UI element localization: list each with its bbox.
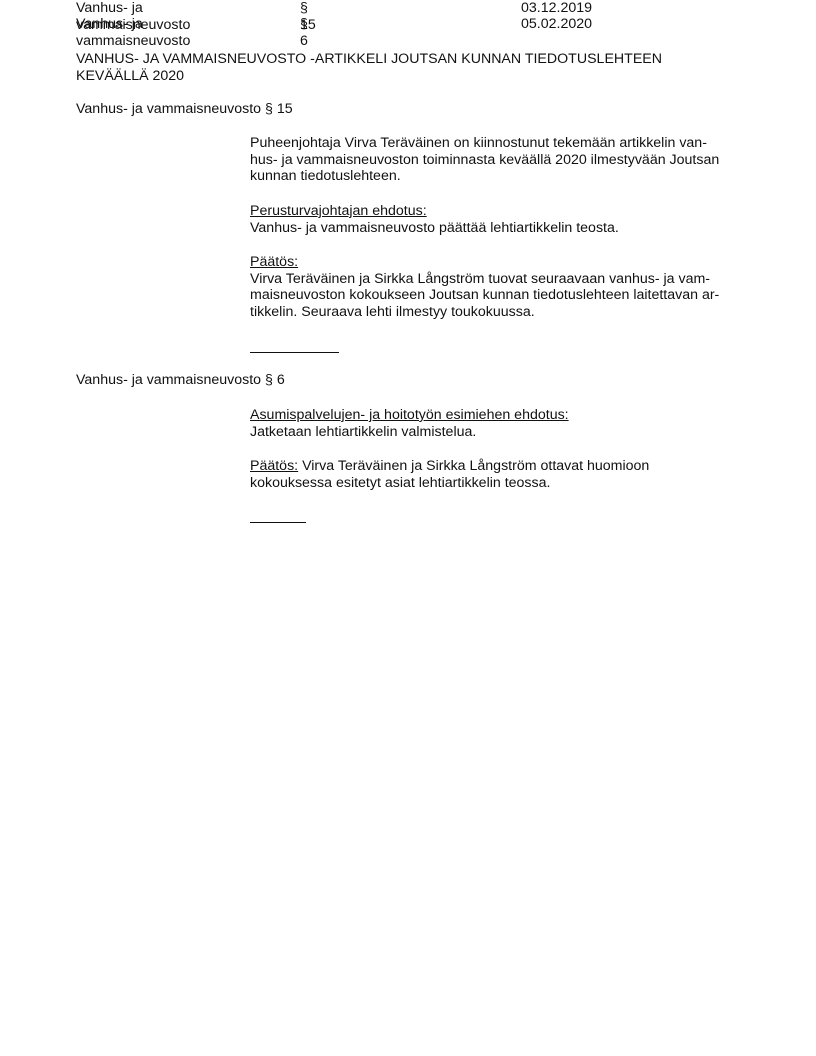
title-line-2: KEVÄÄLLÄ 2020 xyxy=(76,68,662,85)
decision-line: kokouksessa esitetyt asiat lehtiartikkel… xyxy=(250,475,750,492)
header-section-number: § 6 xyxy=(300,16,308,49)
intro-line: Puheenjohtaja Virva Teräväinen on kiinno… xyxy=(250,135,750,152)
section-15-intro: Puheenjohtaja Virva Teräväinen on kiinno… xyxy=(250,135,750,185)
decision-label: Päätös: xyxy=(250,458,298,474)
section-separator xyxy=(250,522,306,523)
section-6-decision: Päätös: Virva Teräväinen ja Sirkka Långs… xyxy=(250,458,750,491)
section-heading-6: Vanhus- ja vammaisneuvosto § 6 xyxy=(76,372,285,389)
decision-text: Virva Teräväinen ja Sirkka Långström ott… xyxy=(298,458,649,474)
decision-line: maisneuvoston kokoukseen Joutsan kunnan … xyxy=(250,287,750,304)
decision-label: Päätös: xyxy=(250,254,298,270)
section-heading-15: Vanhus- ja vammaisneuvosto § 15 xyxy=(76,101,293,118)
header-date: 03.12.2019 xyxy=(521,0,592,17)
intro-line: kunnan tiedotuslehteen. xyxy=(250,168,750,185)
proposal-label: Asumispalvelujen- ja hoitotyön esimiehen… xyxy=(250,407,750,424)
section-6-proposal: Asumispalvelujen- ja hoitotyön esimiehen… xyxy=(250,407,750,440)
decision-line: Virva Teräväinen ja Sirkka Långström tuo… xyxy=(250,271,750,288)
section-15-proposal: Perusturvajohtajan ehdotus: Vanhus- ja v… xyxy=(250,203,750,236)
decision-line: tikkelin. Seuraava lehti ilmestyy toukok… xyxy=(250,304,750,321)
section-15-decision: Päätös: Virva Teräväinen ja Sirkka Långs… xyxy=(250,254,750,320)
header-body-name: Vanhus- ja vammaisneuvosto xyxy=(76,16,190,49)
section-separator xyxy=(250,352,339,353)
proposal-label: Perusturvajohtajan ehdotus: xyxy=(250,203,750,220)
document-title: VANHUS- JA VAMMAISNEUVOSTO -ARTIKKELI JO… xyxy=(76,51,662,84)
intro-line: hus- ja vammaisneuvoston toiminnasta kev… xyxy=(250,152,750,169)
proposal-text: Vanhus- ja vammaisneuvosto päättää lehti… xyxy=(250,220,750,237)
header-date: 05.02.2020 xyxy=(521,16,592,33)
proposal-text: Jatketaan lehtiartikkelin valmistelua. xyxy=(250,424,750,441)
title-line-1: VANHUS- JA VAMMAISNEUVOSTO -ARTIKKELI JO… xyxy=(76,51,662,68)
